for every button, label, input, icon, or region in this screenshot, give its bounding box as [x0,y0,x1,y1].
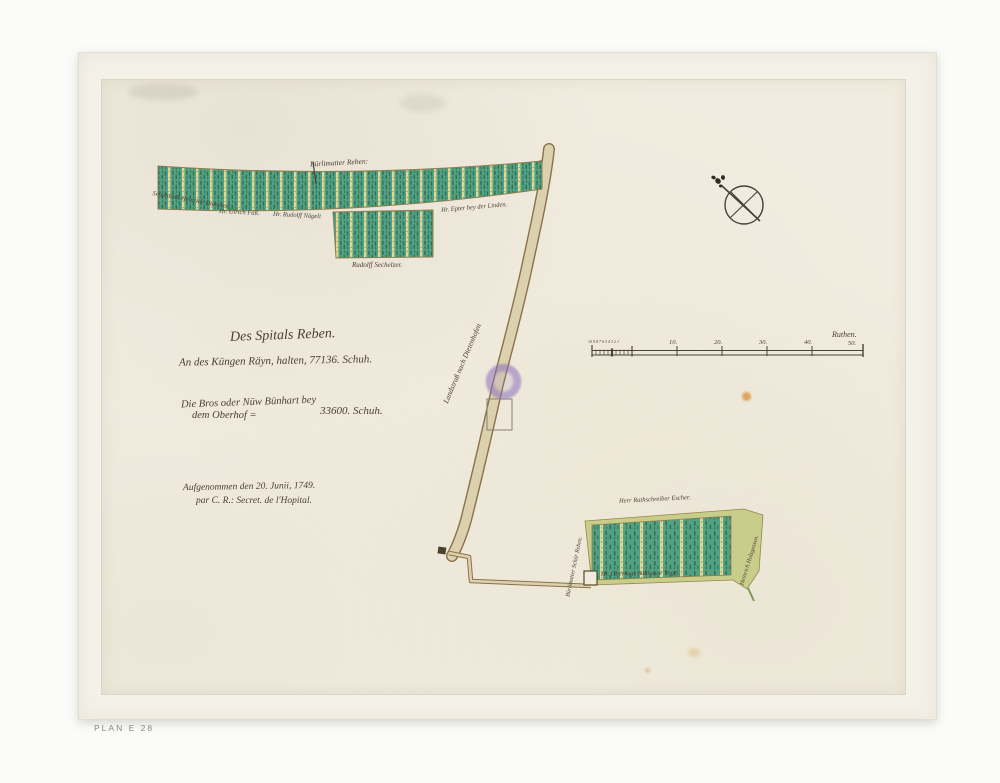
plan-number: PLAN E 28 [94,723,154,733]
scale-major-number: 40. [804,340,812,347]
road-end-marker [437,546,446,554]
lower-vineyard-hut [584,571,597,585]
lower-vineyard-bottom-label: Hr. Obervogt Balthasar Vogel. [601,570,680,578]
scale-major-number: 30. [759,340,767,347]
compass-rose [711,175,763,224]
upper-vineyard-block-label: Rudolff Sechelzer. [352,262,402,269]
scale-major-number: 50. [848,341,856,348]
lower-vineyard-tail [748,588,754,601]
scale-major-number: 20. [714,340,722,347]
scale-bar [592,344,863,357]
scale-major-number: 10. [669,340,677,347]
survey-author-line: par C. R.: Secret. de l'Hopital. [196,497,312,507]
scale-unit-label: Ruthen. [832,331,857,339]
title-area-line: dem Oberhof = [192,411,257,422]
title-area-value: 33600. Schuh. [320,406,383,417]
photograph-background: Bürlimatter Reben: Schultheiß Heinrich D… [0,0,1000,783]
archive-stamp [485,363,522,400]
scale-minor-numbers: 10 9 8 7 6 5 4 3 2 1 [588,340,619,344]
upper-vineyard-block [333,210,433,258]
compass-north-fleur [711,175,726,188]
